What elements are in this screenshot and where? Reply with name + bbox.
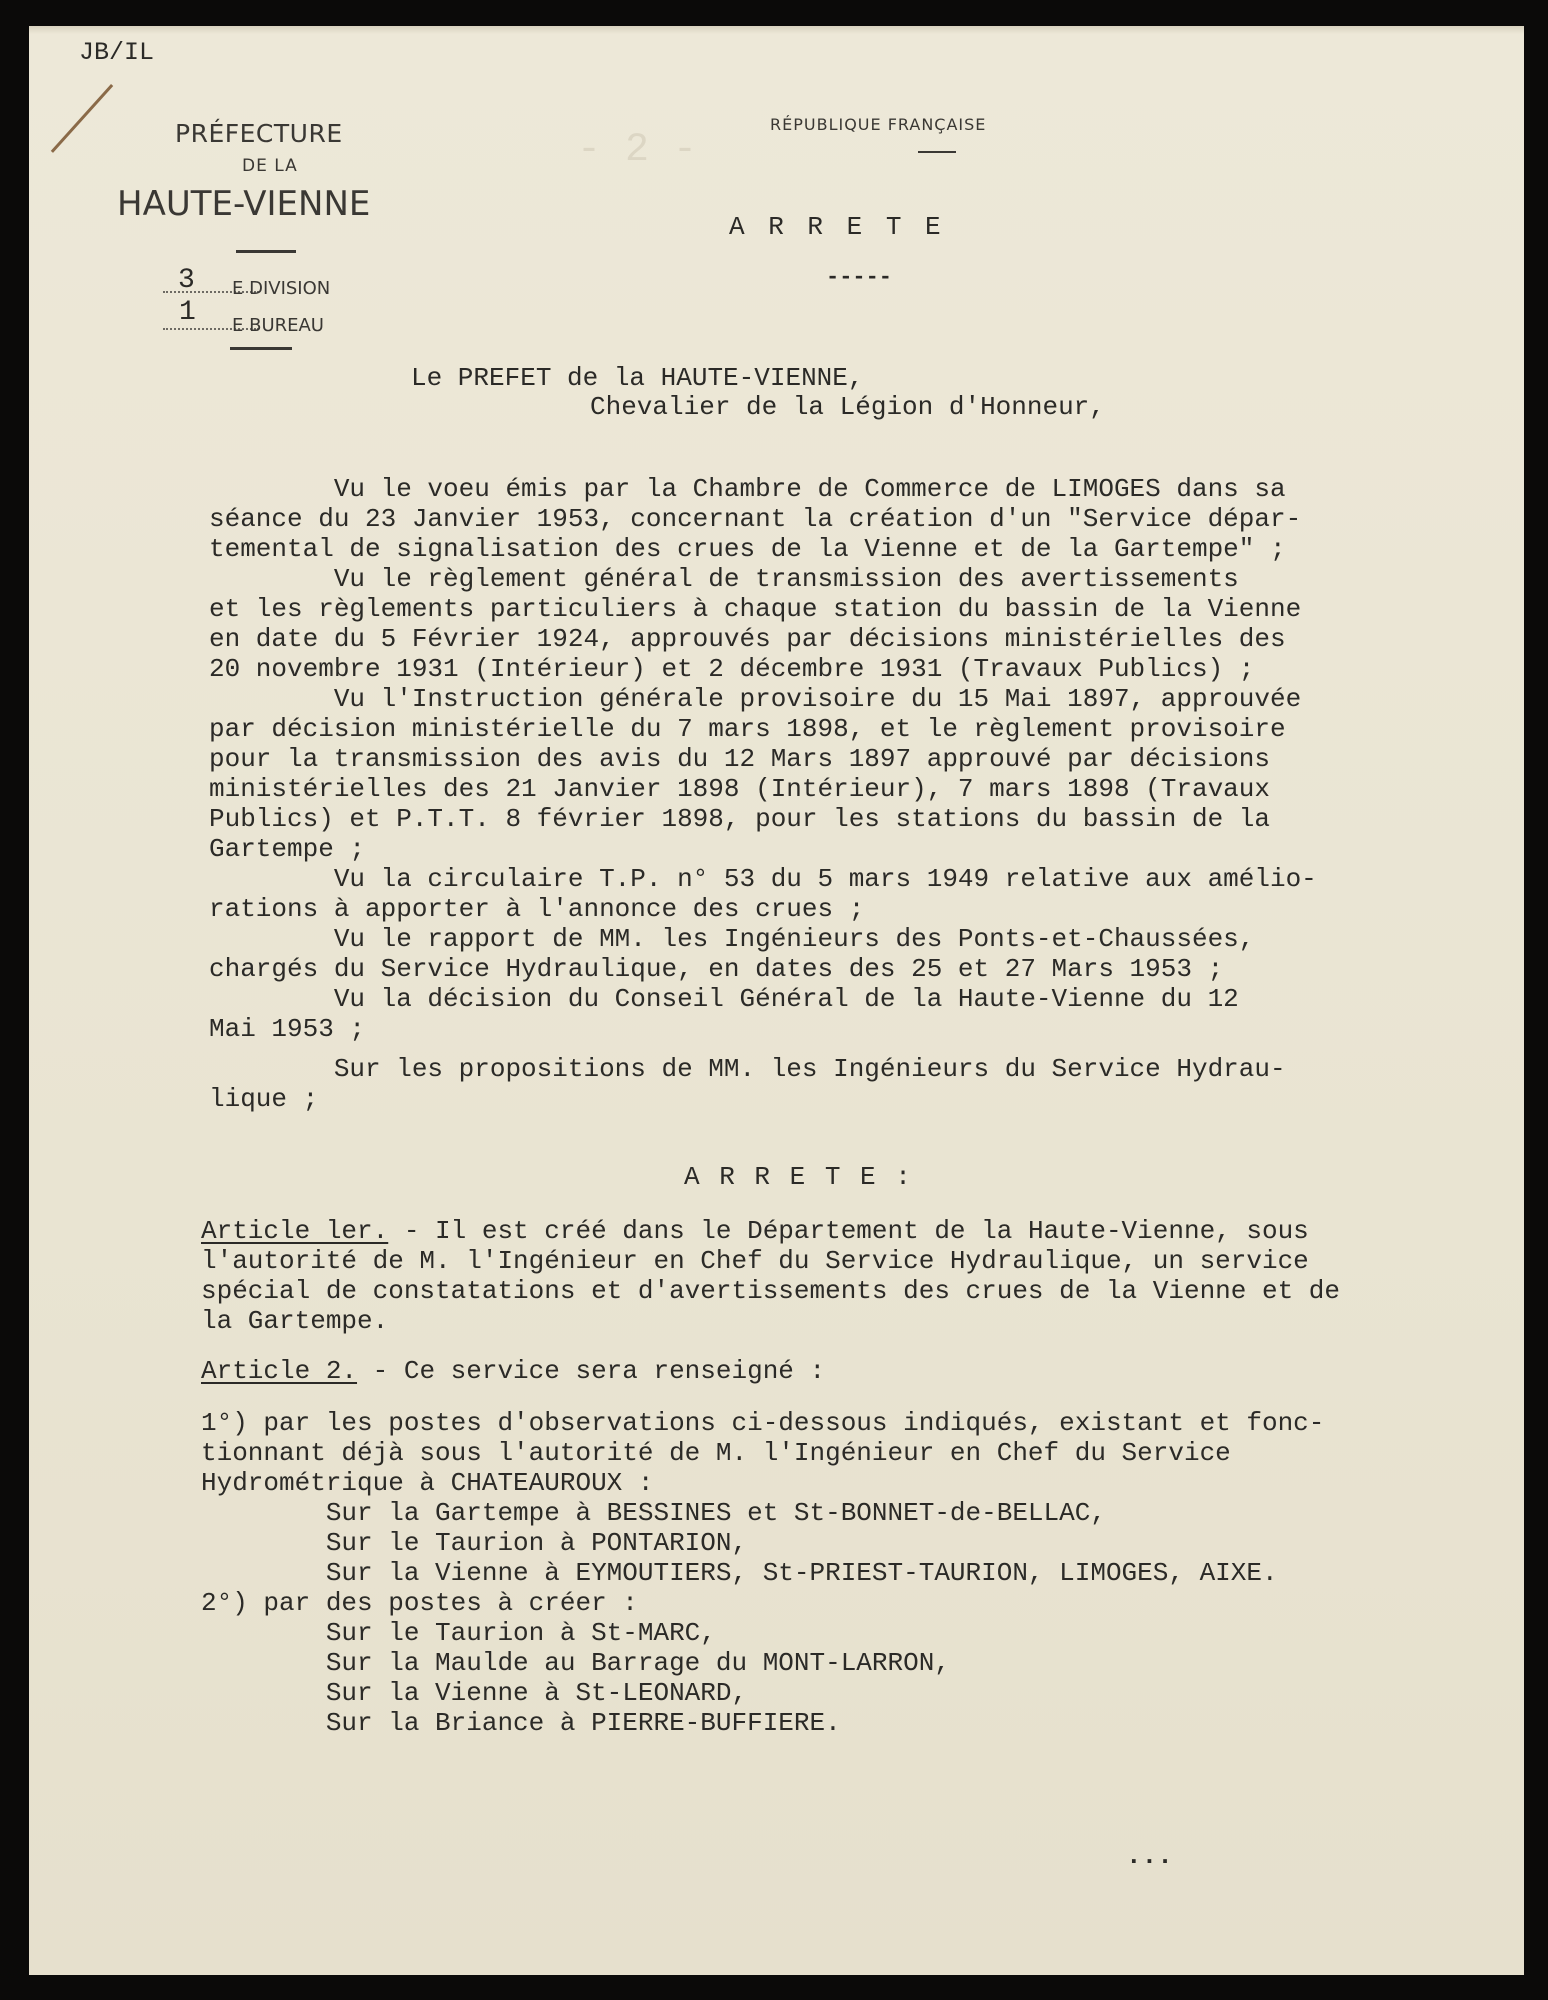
- station-line: Sur le Taurion à St-MARC,: [201, 1618, 1324, 1648]
- arrete-heading: A R R E T E :: [684, 1162, 913, 1192]
- document-page: - 2 - JB/IL PRÉFECTURE DE LA HAUTE-VIENN…: [29, 26, 1524, 1975]
- consideration-line: Vu le voeu émis par la Chambre de Commer…: [209, 474, 1317, 504]
- article-2-text: - Ce service sera renseigné :: [357, 1356, 825, 1386]
- de-la-label: DE LA: [242, 156, 298, 176]
- article-1: Article ler. - Il est créé dans le Dépar…: [201, 1216, 1340, 1336]
- division-label: E DIVISION: [232, 278, 330, 299]
- consideration-line: en date du 5 Février 1924, approuvés par…: [209, 624, 1317, 654]
- consideration-line: Vu le règlement général de transmission …: [209, 564, 1317, 594]
- pencil-mark-icon: [51, 84, 113, 153]
- consideration-line: pour la transmission des avis du 12 Mars…: [209, 744, 1317, 774]
- station-line: Sur la Briance à PIERRE-BUFFIERE.: [201, 1708, 1324, 1738]
- consideration-line: Vu la circulaire T.P. n° 53 du 5 mars 19…: [209, 864, 1317, 894]
- reference-code: JB/IL: [79, 38, 154, 68]
- title-dashes: -----: [826, 263, 892, 293]
- consideration-line: Vu la décision du Conseil Général de la …: [209, 984, 1317, 1014]
- bureau-number: 1: [179, 298, 196, 328]
- consideration-line: temental de signalisation des crues de l…: [209, 534, 1317, 564]
- article-1-line: spécial de constatations et d'avertissem…: [201, 1276, 1340, 1306]
- prefet-line-1: Le PREFET de la HAUTE-VIENNE,: [411, 363, 863, 393]
- article-2-line: Hydrométrique à CHATEAUROUX :: [201, 1468, 1324, 1498]
- letterhead-divider: [236, 250, 296, 253]
- republic-divider: [918, 151, 956, 153]
- consideration-line: 20 novembre 1931 (Intérieur) et 2 décemb…: [209, 654, 1317, 684]
- republic-header: RÉPUBLIQUE FRANÇAISE: [770, 115, 986, 134]
- consideration-line: Vu l'Instruction générale provisoire du …: [209, 684, 1317, 714]
- prefecture-label: PRÉFECTURE: [175, 119, 343, 148]
- article-2-line: 1°) par les postes d'observations ci-des…: [201, 1408, 1324, 1438]
- consideration-line: rations à apporter à l'annonce des crues…: [209, 894, 1317, 924]
- consideration-line: Publics) et P.T.T. 8 février 1898, pour …: [209, 804, 1317, 834]
- consideration-line: ministérielles des 21 Janvier 1898 (Inté…: [209, 774, 1317, 804]
- consideration-line: Gartempe ;: [209, 834, 1317, 864]
- consideration-line: et les règlements particuliers à chaque …: [209, 594, 1317, 624]
- prefet-line-2: Chevalier de la Légion d'Honneur,: [590, 392, 1105, 422]
- ghost-page-number: - 2 -: [577, 136, 697, 166]
- article-1-text: - Il est créé dans le Département de la …: [388, 1216, 1309, 1246]
- article-2-label: Article 2.: [201, 1356, 357, 1386]
- consideration-line: par décision ministérielle du 7 mars 189…: [209, 714, 1317, 744]
- department-name: HAUTE-VIENNE: [117, 184, 370, 224]
- consideration-line: Vu le rapport de MM. les Ingénieurs des …: [209, 924, 1317, 954]
- consideration-line: chargés du Service Hydraulique, en dates…: [209, 954, 1317, 984]
- article-1-label: Article ler.: [201, 1216, 388, 1246]
- article-1-line: l'autorité de M. l'Ingénieur en Chef du …: [201, 1246, 1340, 1276]
- continuation-marker: ...: [1126, 1841, 1173, 1871]
- bureau-label: E BUREAU: [232, 315, 324, 336]
- station-line: Sur la Vienne à St-LEONARD,: [201, 1678, 1324, 1708]
- consideration-line: lique ;: [209, 1084, 1317, 1114]
- considerations-block: Vu le voeu émis par la Chambre de Commer…: [209, 474, 1317, 1114]
- station-line: Sur la Vienne à EYMOUTIERS, St-PRIEST-TA…: [201, 1558, 1324, 1588]
- article-1-line: la Gartempe.: [201, 1306, 1340, 1336]
- letterhead-divider-bottom: [230, 347, 292, 350]
- article-2-line: tionnant déjà sous l'autorité de M. l'In…: [201, 1438, 1324, 1468]
- station-line: Sur le Taurion à PONTARION,: [201, 1528, 1324, 1558]
- division-number: 3: [178, 266, 195, 296]
- station-line: Sur la Maulde au Barrage du MONT-LARRON,: [201, 1648, 1324, 1678]
- consideration-line: Mai 1953 ;: [209, 1014, 1317, 1044]
- consideration-line: séance du 23 Janvier 1953, concernant la…: [209, 504, 1317, 534]
- consideration-line: Sur les propositions de MM. les Ingénieu…: [209, 1054, 1317, 1084]
- article-2: Article 2. - Ce service sera renseigné :…: [201, 1356, 1324, 1738]
- station-line: Sur la Gartempe à BESSINES et St-BONNET-…: [201, 1498, 1324, 1528]
- document-title: A R R E T E: [729, 212, 945, 242]
- article-2-line: 2°) par des postes à créer :: [201, 1588, 1324, 1618]
